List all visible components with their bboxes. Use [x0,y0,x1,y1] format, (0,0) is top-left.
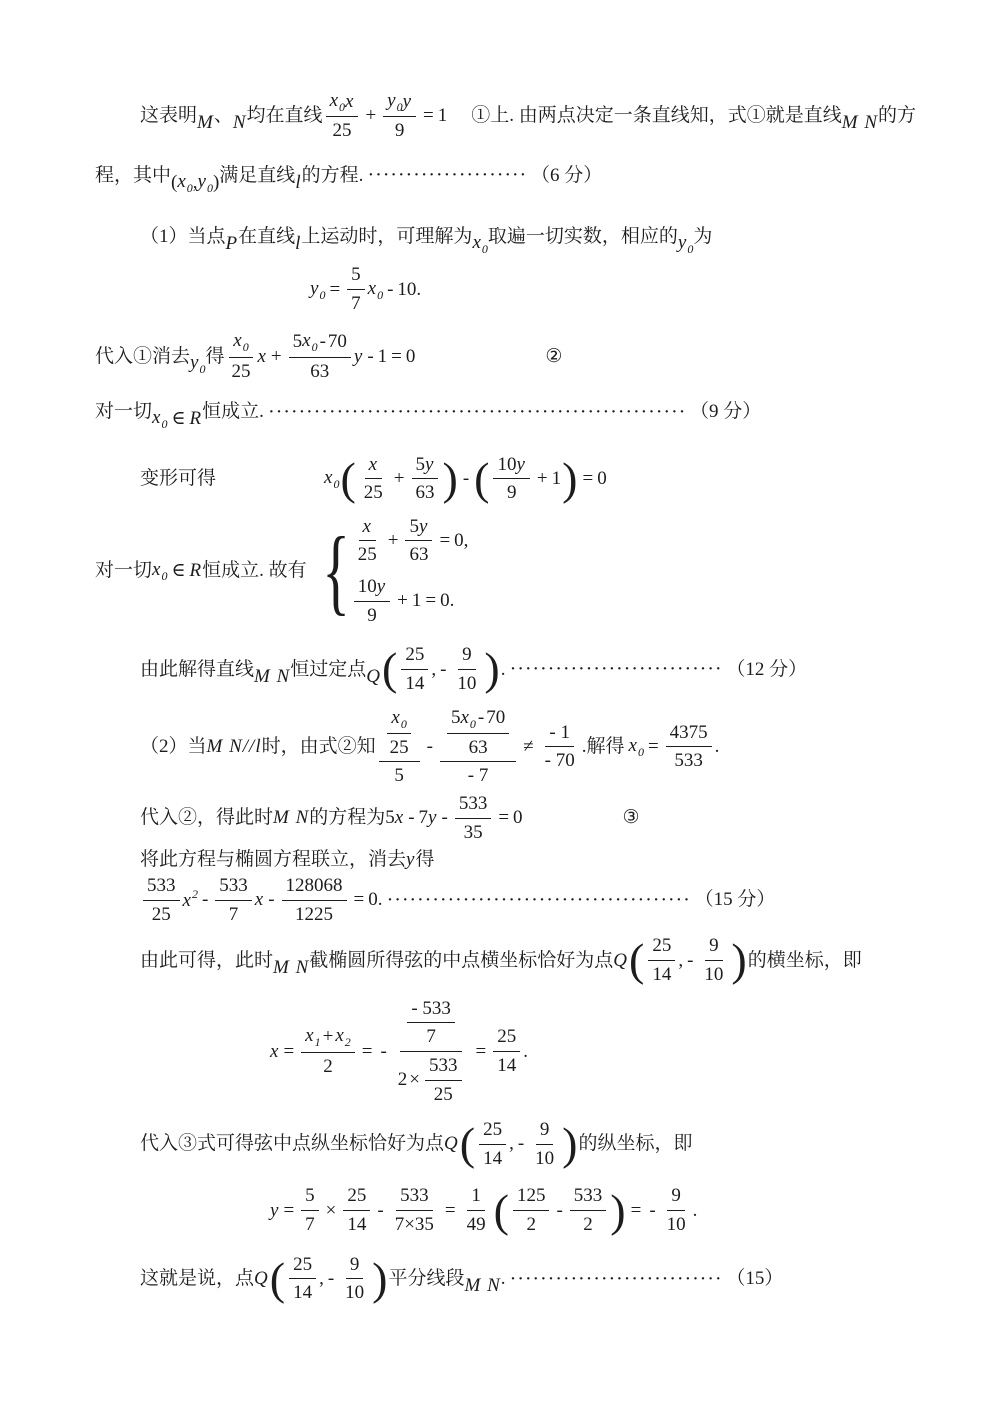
score-label: （9 分） [690,399,761,425]
text-run: 25 [231,359,250,385]
math-variable: x0 [391,705,406,732]
math-operator: = [439,528,450,554]
text-run: 平分线段 [388,1266,464,1292]
denominator: 14 [343,1211,370,1238]
denominator: 7 [225,901,243,928]
text-run: 63 [416,480,435,506]
text-run: , [431,657,436,683]
text-run: 10 [358,574,377,600]
text-run: 这就是说，点 [140,1266,254,1292]
fraction: 5337 [215,873,252,927]
text-run: 25 [364,480,383,506]
text-run: 25 [497,1024,516,1050]
paren: ) [484,646,499,692]
fraction: - 1- 70 [541,720,579,774]
text-run: 4375 [670,720,708,746]
numerator: 9 [346,1252,364,1280]
text-run: 上运动时，可理解为 [301,224,472,250]
text-run: 代入①消去 [95,344,190,370]
numerator: 5y [412,452,439,480]
paren: ( [629,937,644,983]
denominator: 63 [405,541,432,568]
dotted-leader: ····················· [368,165,528,185]
fraction: 5x0-7063 [289,328,351,384]
text-run: 恒成立. [202,399,264,425]
dotted-leader: ···························· [511,659,724,679]
dotted-leader: ········································… [269,402,687,422]
math-variable: x0 [152,557,167,584]
math-variable: x0 [629,733,644,760]
line-system: 对一切 x0∈R 恒成立. 故有{x25+5y63=0,10y9+1=0. [95,514,960,629]
text-run: 7 [426,1024,436,1050]
text-run: 0. [440,588,454,614]
text-run: 为 [693,224,712,250]
math-variable: y [406,847,415,873]
text-run: 得 [205,344,224,370]
text-run: ①上. 由两点决定一条直线知，式①就是直线 [471,103,842,129]
math-operator: - [687,948,693,974]
math-operator: + [365,103,376,129]
text-run: ) [213,170,219,196]
fraction: 5332 [570,1183,607,1237]
paren: ) [731,937,746,983]
numerator: 5 [301,1183,319,1211]
fraction: 5y63 [405,514,432,568]
system-row: x25+5y63=0, [351,514,469,568]
text-run: 10 [704,962,723,988]
text-run: 5 [409,514,419,540]
paren: ( [340,456,355,502]
text-run: 解得 [586,734,624,760]
math-operator: = [425,588,436,614]
fraction: 2514 [479,1117,506,1171]
math-operator: = [354,887,365,913]
numerator: 9 [536,1117,554,1145]
math-variable: y [354,344,363,370]
numerator: 25 [289,1252,316,1280]
fraction: 5x0-7063 [447,705,509,761]
math-variable: N [233,110,247,136]
line-midpoint-y-intro: 代入③式可得弦中点纵坐标恰好为点Q(2514,-910)的纵坐标，即 [140,1117,960,1171]
line-part2-parallel: （2）当M N//l时，由式②知x0255-5x0-7063- 7≠- 1- 7… [140,705,960,789]
math-variable: M N [273,805,309,831]
fraction: x25 [354,514,381,568]
system-rows: x25+5y63=0,10y9+1=0. [351,514,469,629]
math-variable: x0 [324,465,339,492]
text-run: . [715,734,720,760]
fraction: 4375533 [666,720,712,774]
text-run: 2 [583,1212,593,1238]
fraction: 2514 [343,1183,370,1237]
numerator: 5y [405,514,432,542]
text-run: 的方 [878,103,916,129]
numerator: 25 [343,1183,370,1211]
text-run: 35 [464,820,483,846]
math-variable: y [428,805,437,831]
text-run: 0, [454,528,468,554]
text-run: 533 [400,1183,429,1209]
fraction: x025 [386,705,413,761]
text-run: 25 [652,933,671,959]
text-run: 0 [513,805,523,831]
text-run: （2）当 [140,734,207,760]
math-operator: - [440,657,446,683]
denominator: 7 [347,290,365,317]
math-operator: - [408,805,414,831]
math-operator: = [283,1198,294,1224]
fraction: 2514 [401,642,428,696]
text-run: 533 [574,1183,603,1209]
text-run: 25 [347,1183,366,1209]
math-operator: ∈ [171,558,185,584]
math-variable: x0 [330,88,345,115]
math-variable: Q [613,948,628,974]
math-operator: = [631,1198,642,1224]
denominator: 10 [663,1211,690,1238]
fraction: 10y9 [354,574,390,628]
text-run: , [509,1131,514,1157]
math-solution-document: 这表明M、N均在直线x0x25+y0y9=1①上. 由两点决定一条直线知，式①就… [0,0,1000,1306]
score-label: （6 分） [531,163,602,189]
text-run: 49 [467,1212,486,1238]
math-variable: y0 [198,169,213,196]
denominator: 533 [670,747,707,774]
text-run: 1 [412,588,422,614]
numerator: x [359,514,376,542]
numerator: 5x0-70 [289,328,351,357]
text-run: 533 [147,873,176,899]
text-run: 9 [540,1117,550,1143]
text-run: 14 [483,1146,502,1172]
text-run: 10 [345,1280,364,1306]
math-variable: y [270,1198,279,1224]
denominator: 25 [148,901,175,928]
math-operator: - [387,277,393,303]
text-run: 、 [214,103,233,129]
math-variable: y0 [678,230,693,257]
text-run: 7×35 [395,1212,434,1238]
denominator: 7×35 [391,1211,438,1238]
text-run: - 7 [468,763,489,789]
text-run: 9 [462,642,472,668]
text-run: 70 [486,705,505,731]
text-run: 63 [310,359,329,385]
math-variable: x0 [472,230,487,257]
text-run: 5 [394,763,404,789]
text-run: 对一切 [95,558,152,584]
denominator: - 7 [464,762,493,789]
text-run: 1225 [295,902,333,928]
numerator: 9 [667,1183,685,1211]
score-label: （15） [726,1266,783,1292]
text-run: 25 [358,542,377,568]
fraction: 57 [347,262,365,316]
math-operator: - [518,1131,524,1157]
equation-number: ② [545,344,562,370]
math-operator: - [377,1198,383,1224]
fraction: 1252 [513,1183,550,1237]
line-quadratic-score15: 53325x2-5337x-1280681225=0.·············… [140,873,960,927]
math-operator: = [648,734,659,760]
text-run: 对一切 [95,399,152,425]
numerator: 4375 [666,720,712,748]
fraction: x1+x22 [301,1023,355,1079]
math-variable: x2 [183,886,198,914]
math-operator: - [380,1039,386,1065]
math-variable: x0 [233,328,248,355]
denominator: 10 [700,961,727,988]
denominator: 10 [531,1145,558,1172]
math-operator: = [423,103,434,129]
paren: ( [494,1188,509,1234]
text-run: . [501,1266,506,1292]
math-operator: = [498,805,509,831]
fraction: 53335 [455,791,492,845]
math-operator: × [326,1198,337,1224]
math-variable: x [363,514,372,540]
math-variable: x [270,1039,279,1065]
line-mn-on-line-eq1: 这表明M、N均在直线x0x25+y0y9=1①上. 由两点决定一条直线知，式①就… [140,88,960,144]
text-run: 10 [497,452,516,478]
fraction: 910 [531,1117,558,1171]
text-run: 533 [429,1053,458,1079]
text-run: 1 [378,344,388,370]
numerator: 533 [455,791,492,819]
numerator: y0y [383,88,416,117]
denominator: 25 [386,734,413,761]
numerator: 10y [354,574,390,602]
fraction: 2514 [493,1024,520,1078]
text-run: 5 [305,1183,315,1209]
text-run: 9 [709,933,719,959]
math-operator: - [328,1266,334,1292]
paren: ( [382,646,397,692]
text-run: 2 [323,1054,333,1080]
numerator: x025 [379,705,420,763]
denominator: - 70 [541,747,579,774]
math-operator: - [463,466,469,492]
math-operator: - [268,887,274,913]
line-midpoint-x-calc: x=x1+x22=-- 53372×53325=2514. [270,996,960,1108]
math-operator: = [445,1198,456,1224]
text-run: 1 [471,1183,481,1209]
text-run: 均在直线 [247,103,323,129]
math-variable: M N [273,955,309,981]
denominator: 7 [422,1023,440,1050]
text-run: 9 [671,1183,681,1209]
denominator: 14 [401,670,428,697]
text-run: 代入②，得此时 [140,805,273,831]
text-run: , [319,1266,324,1292]
numerator: x1+x2 [301,1023,355,1052]
text-run: 9 [367,603,377,629]
numerator: 25 [479,1117,506,1145]
text-run: , [678,948,683,974]
numerator: 533 [396,1183,433,1211]
text-run: 5 [416,452,426,478]
denominator: 25 [360,479,387,506]
fraction: 5y63 [412,452,439,506]
math-operator: = [283,1039,294,1065]
fraction: 1280681225 [282,873,347,927]
text-run: . [523,1039,528,1065]
denominator: 25 [329,117,356,144]
denominator: 14 [479,1145,506,1172]
fraction: 910 [663,1183,690,1237]
math-variable: x0 [177,169,192,196]
denominator: 7 [301,1211,319,1238]
text-run: 25 [405,642,424,668]
text-run: 将此方程与椭圆方程联立，消去 [140,847,406,873]
denominator: 2 [579,1211,597,1238]
numerator: x0 [387,705,410,734]
math-operator: - [441,805,447,831]
text-run: 在直线 [238,224,295,250]
math-variable: x2 [335,1023,350,1050]
denominator: 14 [289,1279,316,1306]
line-combine-ellipse: 将此方程与椭圆方程联立，消去 y 得 [140,847,960,873]
paren: ) [372,1256,387,1302]
equation-system: {x25+5y63=0,10y9+1=0. [313,514,469,629]
paren: ) [562,456,577,502]
fraction: x025 [227,328,254,384]
denominator: 9 [503,479,521,506]
math-operator: - [556,1198,562,1224]
text-run: 25 [390,735,409,761]
text-run: 代入③式可得弦中点纵坐标恰好为点 [140,1131,444,1157]
text-run: 533 [459,791,488,817]
text-run: 1 [438,103,448,129]
line-holds-score9: 对一切x0∈R恒成立. ····························… [95,398,960,425]
text-run: 128068 [286,873,343,899]
line-substitute-eq2: 代入①消去y0得x025x+5x0-7063y-1=0② [95,328,960,384]
denominator: 14 [493,1052,520,1079]
text-run: 时，由式②知 [262,734,376,760]
numerator: - 5337 [400,996,462,1052]
denominator: 14 [648,961,675,988]
text-run: 9 [507,480,517,506]
paren: ( [474,456,489,502]
paren: ( [270,1256,285,1302]
text-run: 0. [368,887,382,913]
numerator: 9 [458,642,476,670]
text-run: 的方程为 [309,805,385,831]
math-variable: y [377,574,386,600]
paren: ) [562,1121,577,1167]
numerator: 25 [493,1024,520,1052]
fraction: 910 [700,933,727,987]
math-variable: x [369,452,378,478]
denominator: 9 [363,602,381,629]
text-run: 5 [351,262,361,288]
text-run: 25 [483,1117,502,1143]
text-run: 由此可得，此时 [140,948,273,974]
fraction: x0255 [379,705,420,789]
text-run: 1 [552,466,562,492]
math-operator: = [391,344,402,370]
math-variable: Q [254,1266,269,1292]
fraction: 149 [463,1183,490,1237]
numerator: 5x0-70 [447,705,509,734]
fraction: - 5337 [407,996,455,1050]
text-run: 14 [293,1280,312,1306]
denominator: 25 [354,541,381,568]
text-run: 25 [434,1082,453,1108]
paren: ) [443,456,458,502]
denominator: 9 [391,117,409,144]
math-operator: - [320,329,326,355]
math-operator: = [362,1039,373,1065]
text-run: 10 [457,671,476,697]
line-y0-equation: y0=57x0-10. [310,262,960,316]
math-variable: // [243,734,256,760]
text-run: 0 [597,466,607,492]
math-operator: + [388,528,399,554]
math-operator: - [202,887,208,913]
text-run: 0 [406,344,416,370]
math-variable: R [190,406,203,432]
text-run: 10 [535,1146,554,1172]
numerator: 533 [425,1053,462,1081]
numerator: 25 [401,642,428,670]
line-mn-equation3: 代入②，得此时M N的方程为5x-7y-53335=0③ [140,791,960,845]
denominator: 35 [460,819,487,846]
text-run: 125 [517,1183,546,1209]
dotted-leader: ···························· [511,1269,724,1289]
math-operator: = [329,277,340,303]
text-run: 533 [674,748,703,774]
dotted-leader: ········································ [388,890,692,910]
denominator: 10 [341,1279,368,1306]
math-operator: + [397,588,408,614]
paren: ( [460,1121,475,1167]
text-run: 25 [333,118,352,144]
text-run: 得 [415,847,434,873]
system-brace: { [322,528,350,614]
text-run: 恒过定点 [290,657,366,683]
fraction: x0x25 [326,88,359,144]
text-run: 533 [219,873,248,899]
denominator: 49 [463,1211,490,1238]
math-variable: x0 [368,276,383,303]
numerator: - 533 [407,996,455,1024]
denominator: 2×53325 [394,1052,469,1107]
paren: ) [610,1188,625,1234]
denominator: 2 [319,1053,337,1080]
math-operator: + [323,1024,334,1050]
text-run: 恒成立. 故有 [202,558,307,584]
math-operator: ≠ [523,734,533,760]
math-operator: + [271,344,282,370]
text-run: - 533 [411,996,451,1022]
math-variable: y [403,89,412,115]
text-run: 由此解得直线 [140,657,254,683]
math-variable: x1 [305,1023,320,1050]
math-variable: M N [842,110,878,136]
denominator: 2 [522,1211,540,1238]
math-operator: - [367,344,373,370]
numerator: 25 [648,933,675,961]
fraction: 910 [341,1252,368,1306]
fraction: 53325 [143,873,180,927]
numerator: x0 [229,328,252,357]
fraction: 910 [453,642,480,696]
text-run: 25 [293,1252,312,1278]
text-run: 这表明 [140,103,197,129]
numerator: - 1 [545,720,574,748]
fraction: 57 [301,1183,319,1237]
text-run: 2 [526,1212,536,1238]
